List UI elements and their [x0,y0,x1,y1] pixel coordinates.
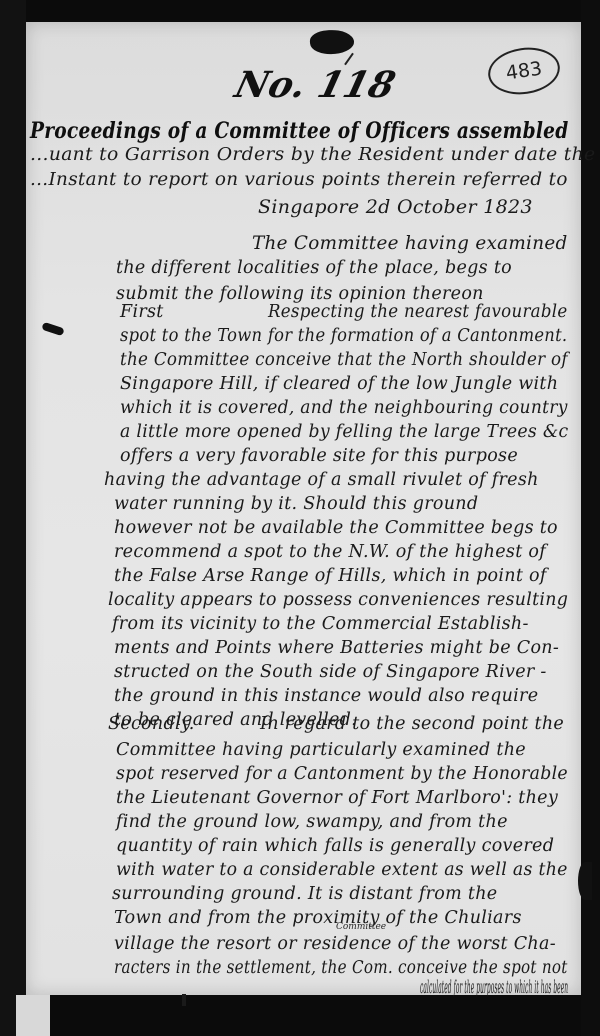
body-line: the False Arse Range of Hills, which in … [114,566,547,586]
body-line: however not be available the Committee b… [114,518,558,538]
body-line: the Lieutenant Governor of Fort Marlboro… [116,788,558,808]
body-line: Committee having particularly examined t… [116,740,526,760]
body-line: structed on the South side of Singapore … [114,662,547,682]
body-line: which it is covered, and the neighbourin… [120,398,568,418]
body-line: the ground in this instance would also r… [114,686,538,706]
section-label-secondly: Secondly. [108,714,195,734]
body-line: a little more opened by felling the larg… [120,422,568,442]
body-line: submit the following its opinion thereon [116,284,484,304]
body-line: surrounding ground. It is distant from t… [112,884,497,904]
title-line-2: ...uant to Garrison Orders by the Reside… [30,145,595,165]
body-line: the different localities of the place, b… [116,258,512,278]
body-line: quantity of rain which falls is generall… [116,836,554,856]
body-line: racters in the settlement, the Com. conc… [114,958,568,978]
body-line: from its vicinity to the Commercial Esta… [112,614,529,634]
page-edge-fragment [16,995,50,1036]
body-line: with water to a considerable extent as w… [116,860,568,880]
title-line-1: Proceedings of a Committee of Officers a… [30,118,568,144]
body-line: Respecting the nearest favourable [268,302,567,322]
body-line: the Committee conceive that the North sh… [120,350,568,370]
body-line: having the advantage of a small rivulet … [104,470,539,490]
body-line: offers a very favorable site for this pu… [120,446,518,466]
scan-border-left [0,0,26,1036]
body-line: spot reserved for a Cantonment by the Ho… [116,764,568,784]
body-line: locality appears to possess conveniences… [108,590,568,610]
folio-number: 483 [505,58,544,85]
body-line: The Committee having examined [252,232,568,254]
body-line: water running by it. Should this ground [114,494,478,514]
body-line: ments and Points where Batteries might b… [114,638,559,658]
body-line: village the resort or residence of the w… [114,934,556,954]
body-line: Singapore Hill, if cleared of the low Ju… [120,374,558,394]
body-line-last: calculated for the purposes to which it … [420,978,568,998]
body-line: In regard to the second point the [260,714,564,734]
section-label-first: First [120,302,164,322]
interlinear-insertion: Committee [336,922,386,932]
body-line: recommend a spot to the N.W. of the high… [114,542,546,562]
body-line: Town and from the proximity of the Chuli… [114,908,522,928]
place-date-line: Singapore 2d October 1823 [258,196,533,218]
title-line-3: ...Instant to report on various points t… [30,170,568,190]
entry-number: No. 118 [231,64,400,106]
scanned-manuscript: No. 118 483 Proceedings of a Committee o… [0,0,600,1036]
edge-ink-blot [578,862,592,900]
body-line: spot to the Town for the formation of a … [120,326,567,346]
edge-ink-mark [182,994,186,1006]
body-line: find the ground low, swampy, and from th… [116,812,508,832]
